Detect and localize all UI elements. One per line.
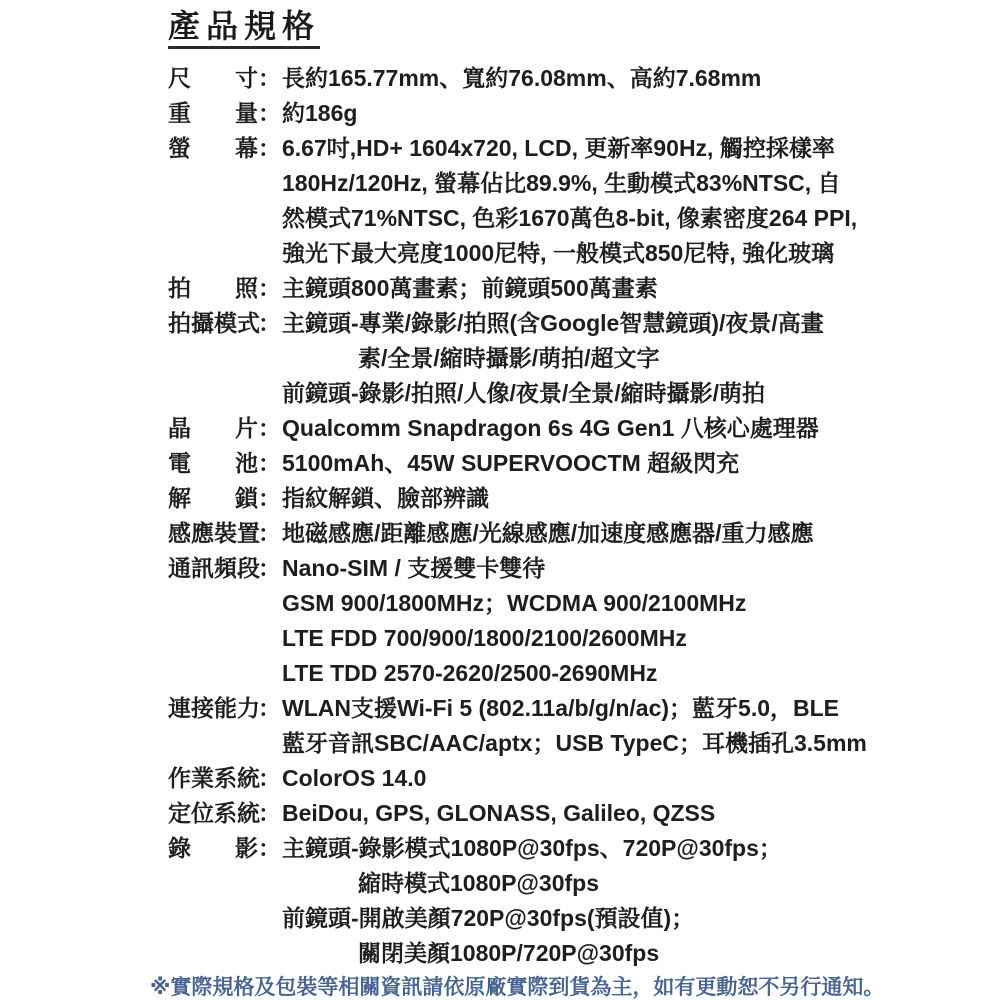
page-title: 產品規格 — [168, 8, 320, 49]
spec-row: 晶片：Qualcomm Snapdragon 6s 4G Gen1 八核心處理器 — [168, 411, 970, 446]
spec-sheet-page: 產品規格 尺寸：長約165.77mm、寬約76.08mm、高約7.68mm重量：… — [0, 0, 1000, 1000]
spec-colon: ： — [258, 831, 282, 866]
spec-label: 電池 — [168, 446, 258, 481]
spec-label: 拍攝模式 — [168, 306, 258, 341]
spec-value: 長約165.77mm、寬約76.08mm、高約7.68mm — [282, 61, 970, 96]
spec-value-line: 藍牙音訊SBC/AAC/aptx；USB TypeC；耳機插孔3.5mm — [282, 726, 970, 761]
spec-row: 作業系統：ColorOS 14.0 — [168, 761, 970, 796]
spec-colon: ： — [258, 96, 282, 131]
spec-value-line: 地磁感應/距離感應/光線感應/加速度感應器/重力感應 — [282, 516, 970, 551]
spec-value-line: 主鏡頭800萬畫素；前鏡頭500萬畫素 — [282, 271, 970, 306]
spec-colon: ： — [258, 796, 282, 831]
spec-value-line: 素/全景/縮時攝影/萌拍/超文字 — [282, 341, 970, 376]
footer-disclaimer: ※實際規格及包裝等相關資訊請依原廠實際到貨為主，如有更動恕不另行通知。 — [150, 974, 970, 1000]
spec-row: 尺寸：長約165.77mm、寬約76.08mm、高約7.68mm — [168, 61, 970, 96]
spec-value: 主鏡頭800萬畫素；前鏡頭500萬畫素 — [282, 271, 970, 306]
spec-label: 定位系統 — [168, 796, 258, 831]
spec-value-line: 6.67吋,HD+ 1604x720, LCD, 更新率90Hz, 觸控採樣率 — [282, 131, 970, 166]
spec-colon: ： — [258, 306, 282, 341]
spec-colon: ： — [258, 271, 282, 306]
spec-colon: ： — [258, 481, 282, 516]
spec-value: 主鏡頭-專業/錄影/拍照(含Google智慧鏡頭)/夜景/高畫素/全景/縮時攝影… — [282, 306, 970, 411]
spec-value-line: 強光下最大亮度1000尼特, 一般模式850尼特, 強化玻璃 — [282, 236, 970, 271]
spec-value: ColorOS 14.0 — [282, 761, 970, 796]
spec-row: 螢幕：6.67吋,HD+ 1604x720, LCD, 更新率90Hz, 觸控採… — [168, 131, 970, 271]
spec-value: 地磁感應/距離感應/光線感應/加速度感應器/重力感應 — [282, 516, 970, 551]
spec-value-line: 約186g — [282, 96, 970, 131]
spec-colon: ： — [258, 761, 282, 796]
spec-value-line: 然模式71%NTSC, 色彩1670萬色8-bit, 像素密度264 PPI, — [282, 201, 970, 236]
spec-row: 解鎖：指紋解鎖、臉部辨識 — [168, 481, 970, 516]
spec-colon: ： — [258, 551, 282, 586]
spec-label: 感應裝置 — [168, 516, 258, 551]
spec-colon: ： — [258, 411, 282, 446]
spec-value-line: LTE TDD 2570-2620/2500-2690MHz — [282, 656, 970, 691]
spec-value-line: BeiDou, GPS, GLONASS, Galileo, QZSS — [282, 796, 970, 831]
spec-colon: ： — [258, 446, 282, 481]
spec-row: 重量：約186g — [168, 96, 970, 131]
spec-value-line: 指紋解鎖、臉部辨識 — [282, 481, 970, 516]
spec-label: 錄影 — [168, 831, 258, 866]
spec-row: 錄影：主鏡頭-錄影模式1080P@30fps、720P@30fps；縮時模式10… — [168, 831, 970, 971]
spec-label: 螢幕 — [168, 131, 258, 166]
spec-value-line: 縮時模式1080P@30fps — [282, 866, 970, 901]
spec-colon: ： — [258, 61, 282, 96]
spec-label: 通訊頻段 — [168, 551, 258, 586]
spec-row: 連接能力：WLAN支援Wi-Fi 5 (802.11a/b/g/n/ac)；藍牙… — [168, 691, 970, 761]
spec-list: 尺寸：長約165.77mm、寬約76.08mm、高約7.68mm重量：約186g… — [168, 61, 970, 971]
spec-label: 重量 — [168, 96, 258, 131]
spec-label: 拍照 — [168, 271, 258, 306]
spec-value-line: ColorOS 14.0 — [282, 761, 970, 796]
spec-value-line: 關閉美顏1080P/720P@30fps — [282, 936, 970, 971]
spec-value: 6.67吋,HD+ 1604x720, LCD, 更新率90Hz, 觸控採樣率1… — [282, 131, 970, 271]
spec-value-line: 180Hz/120Hz, 螢幕佔比89.9%, 生動模式83%NTSC, 自 — [282, 166, 970, 201]
spec-value-line: 主鏡頭-錄影模式1080P@30fps、720P@30fps； — [282, 831, 970, 866]
spec-colon: ： — [258, 516, 282, 551]
spec-value: 主鏡頭-錄影模式1080P@30fps、720P@30fps；縮時模式1080P… — [282, 831, 970, 971]
spec-value: Nano-SIM / 支援雙卡雙待GSM 900/1800MHz；WCDMA 9… — [282, 551, 970, 691]
spec-value: 指紋解鎖、臉部辨識 — [282, 481, 970, 516]
spec-value-line: 前鏡頭-開啟美顏720P@30fps(預設值)； — [282, 901, 970, 936]
spec-row: 感應裝置：地磁感應/距離感應/光線感應/加速度感應器/重力感應 — [168, 516, 970, 551]
spec-value-line: GSM 900/1800MHz；WCDMA 900/2100MHz — [282, 586, 970, 621]
spec-label: 作業系統 — [168, 761, 258, 796]
spec-value-line: WLAN支援Wi-Fi 5 (802.11a/b/g/n/ac)；藍牙5.0，B… — [282, 691, 970, 726]
spec-value-line: 前鏡頭-錄影/拍照/人像/夜景/全景/縮時攝影/萌拍 — [282, 376, 970, 411]
spec-value-line: Nano-SIM / 支援雙卡雙待 — [282, 551, 970, 586]
spec-value: Qualcomm Snapdragon 6s 4G Gen1 八核心處理器 — [282, 411, 970, 446]
spec-value-line: 長約165.77mm、寬約76.08mm、高約7.68mm — [282, 61, 970, 96]
spec-row: 定位系統：BeiDou, GPS, GLONASS, Galileo, QZSS — [168, 796, 970, 831]
spec-colon: ： — [258, 691, 282, 726]
spec-colon: ： — [258, 131, 282, 166]
spec-value: 5100mAh、45W SUPERVOOCTM 超級閃充 — [282, 446, 970, 481]
spec-value: BeiDou, GPS, GLONASS, Galileo, QZSS — [282, 796, 970, 831]
spec-label: 晶片 — [168, 411, 258, 446]
spec-row: 拍照：主鏡頭800萬畫素；前鏡頭500萬畫素 — [168, 271, 970, 306]
spec-label: 連接能力 — [168, 691, 258, 726]
spec-label: 解鎖 — [168, 481, 258, 516]
spec-label: 尺寸 — [168, 61, 258, 96]
spec-value-line: Qualcomm Snapdragon 6s 4G Gen1 八核心處理器 — [282, 411, 970, 446]
spec-value-line: 5100mAh、45W SUPERVOOCTM 超級閃充 — [282, 446, 970, 481]
spec-value: 約186g — [282, 96, 970, 131]
spec-value: WLAN支援Wi-Fi 5 (802.11a/b/g/n/ac)；藍牙5.0，B… — [282, 691, 970, 761]
spec-row: 電池：5100mAh、45W SUPERVOOCTM 超級閃充 — [168, 446, 970, 481]
spec-value-line: LTE FDD 700/900/1800/2100/2600MHz — [282, 621, 970, 656]
spec-value-line: 主鏡頭-專業/錄影/拍照(含Google智慧鏡頭)/夜景/高畫 — [282, 306, 970, 341]
spec-row: 通訊頻段：Nano-SIM / 支援雙卡雙待GSM 900/1800MHz；WC… — [168, 551, 970, 691]
spec-row: 拍攝模式：主鏡頭-專業/錄影/拍照(含Google智慧鏡頭)/夜景/高畫素/全景… — [168, 306, 970, 411]
